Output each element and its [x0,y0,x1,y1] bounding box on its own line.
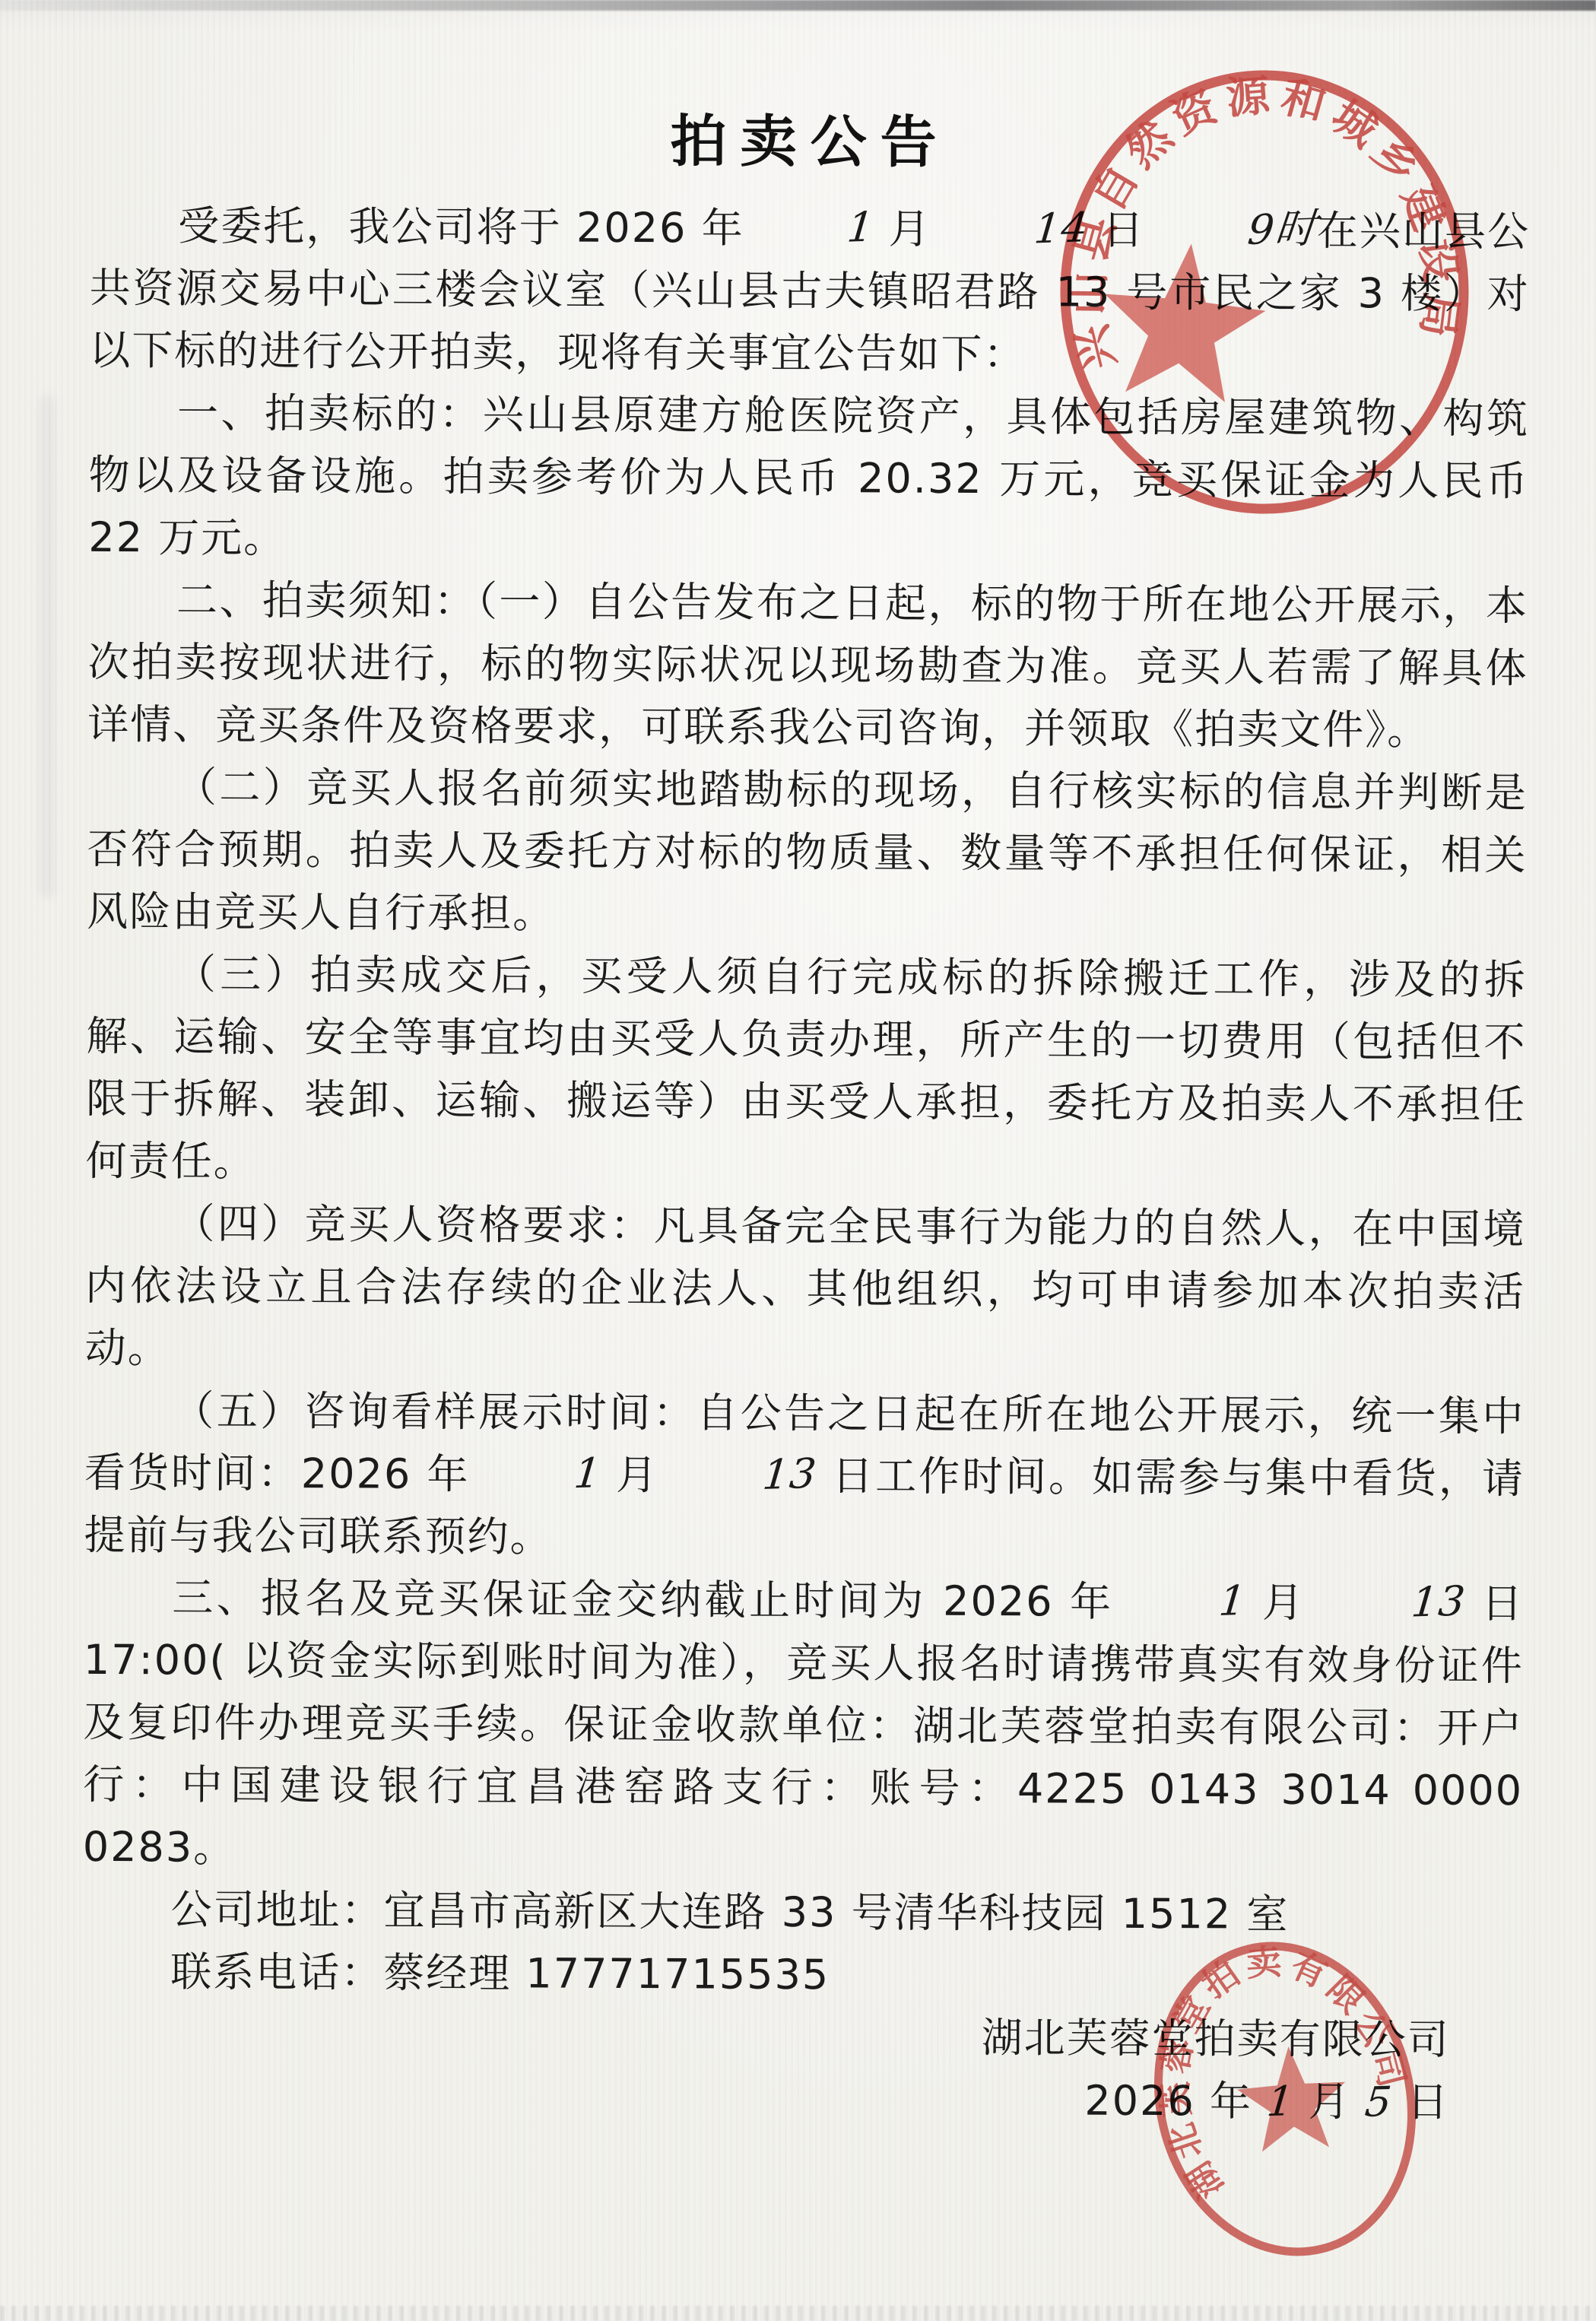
printed-run: 三、报名及竞买保证金交纳截止时间为 2026 年 [172,1573,1131,1626]
paragraph-address: 公司地址：宜昌市高新区大连路 33 号清华科技园 1512 室 [82,1878,1522,1947]
paragraph-notice-4: （四）竞买人资格要求：凡具备完全民事行为能力的自然人，在中国境内依法设立且合法存… [84,1192,1525,1386]
scan-artifact-left [40,395,55,897]
handwritten-run: 1 [756,196,877,262]
signature-date: 2026 年 1 月 5 日 [81,2065,1521,2134]
printed-run: （四）竞买人资格要求：凡具备完全民事行为能力的自然人，在中国境内依法设立且合法存… [85,1199,1526,1372]
paragraph-item-1: 一、拍卖标的：兴山县原建方舱医院资产，具体包括房屋建筑物、构筑物以及设备设施。拍… [88,382,1529,575]
document-page: 拍卖公告 受委托，我公司将于 2026 年 1 月 14 日 9时在兴山县公共资… [0,0,1596,2321]
printed-run: 公司地址：宜昌市高新区大连路 33 号清华科技园 1512 室 [170,1885,1289,1938]
scan-artifact-bottom [0,2306,1596,2321]
handwritten-run: 5 [1363,2071,1395,2134]
printed-run: 二、拍卖须知：（一）自公告发布之日起，标的物于所在地公开展示，本次拍卖按现状进行… [87,576,1528,754]
printed-run: 受委托，我公司将于 2026 年 [178,202,759,252]
handwritten-run: 1 [1264,2070,1296,2133]
printed-run: 月 [601,1451,675,1499]
page-title: 拍卖公告 [90,94,1530,181]
handwritten-run: 1 [482,1442,604,1508]
paragraph-notice-2: （二）竞买人报名前须实地踏勘标的现场，自行核实标的信息并判断是否符合预期。拍卖人… [87,756,1528,949]
paragraph-item-3: 三、报名及竞买保证金交纳截止时间为 2026 年 1 月 13 日 17:00(… [83,1567,1525,1884]
printed-run: 2026 年 [1084,2077,1267,2126]
printed-run: （二）竞买人报名前须实地踏勘标的现场，自行核实标的信息并判断是否符合预期。拍卖人… [87,763,1528,937]
paragraph-notice-3: （三）拍卖成交后，买受人须自行完成标的拆除搬迁工作，涉及的拆解、运输、安全等事宜… [86,943,1527,1199]
paragraph-notice-1: 二、拍卖须知：（一）自公告发布之日起，标的物于所在地公开展示，本次拍卖按现状进行… [87,569,1528,762]
paragraph-notice-5: （五）咨询看样展示时间：自公告之日起在所在地公开展示，统一集中看货时间：2026… [84,1380,1525,1573]
paragraph-phone: 联系电话：蔡经理 17771715535 [82,1941,1522,2009]
document-content: 拍卖公告 受委托，我公司将于 2026 年 1 月 14 日 9时在兴山县公共资… [81,94,1531,2134]
handwritten-run: 14 [943,196,1091,263]
signature-company: 湖北芙蓉堂拍卖有限公司 [82,2003,1522,2072]
printed-run: 月 [1245,1579,1323,1627]
handwritten-run: 9时 [1157,197,1320,264]
handwritten-run: 13 [671,1443,820,1510]
handwritten-run: 1 [1128,1570,1249,1636]
printed-run: 日 [1088,206,1160,254]
scan-artifact-top [0,0,1596,11]
handwritten-run: 13 [1320,1570,1468,1637]
printed-run: 一、拍卖标的：兴山县原建方舱医院资产，具体包括房屋建筑物、构筑物以及设备设施。拍… [88,389,1529,562]
printed-run: 联系电话：蔡经理 17771715535 [170,1948,830,1999]
printed-run: 月 [1293,2078,1366,2126]
paragraph-intro: 受委托，我公司将于 2026 年 1 月 14 日 9时在兴山县公共资源交易中心… [89,195,1530,388]
printed-run: 月 [874,205,946,252]
printed-run: 日 [1392,2078,1449,2126]
printed-run: （三）拍卖成交后，买受人须自行完成标的拆除搬迁工作，涉及的拆解、运输、安全等事宜… [86,950,1527,1185]
